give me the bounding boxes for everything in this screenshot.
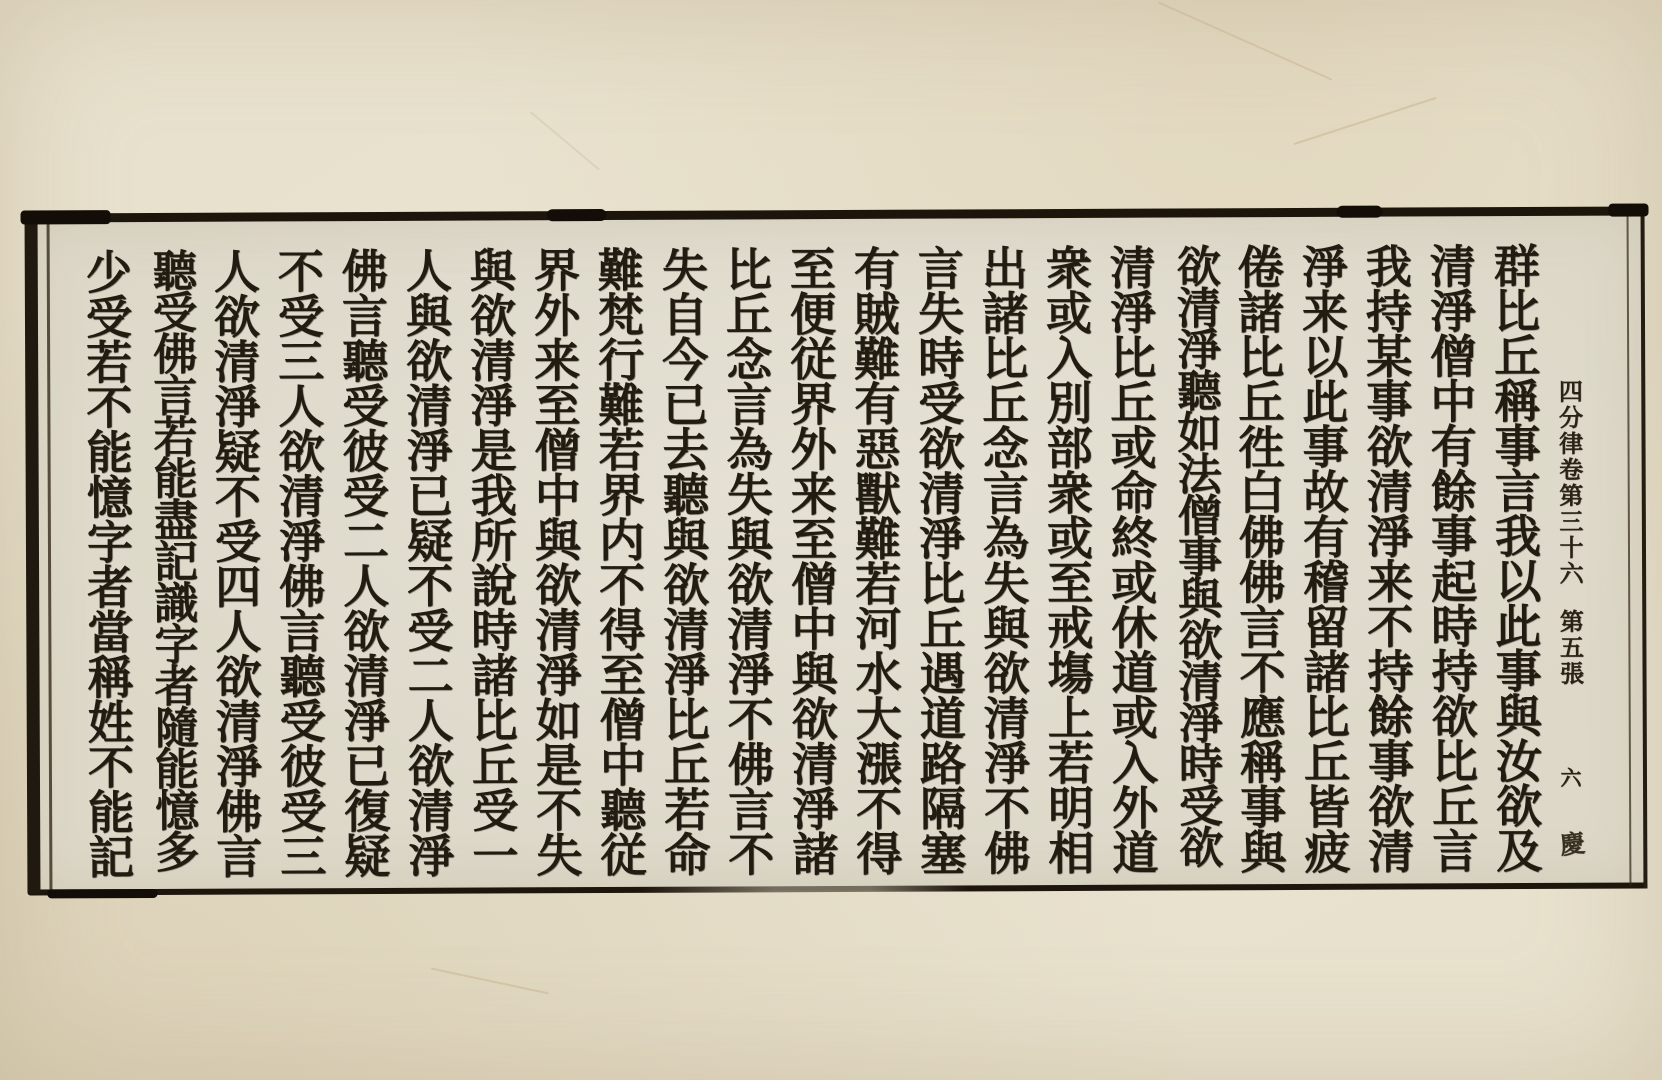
volume-title: 四分律卷第三十六 — [1551, 379, 1586, 587]
volume-margin-column: 四分律卷第三十六 第五張 六 慶 — [1551, 211, 1588, 887]
block-border-left-outer — [25, 217, 41, 893]
text-column-17: 與欲清淨是我所說時諸比丘受一 — [458, 246, 525, 891]
sheet-number-label: 第五張 — [1552, 609, 1586, 687]
text-column-13: 比丘念言為失與欲清淨不佛言不 — [714, 245, 781, 890]
text-column-23: 少受若不能憶字者當稱姓不能記 — [74, 248, 141, 893]
block-border-right-inner — [1627, 211, 1632, 887]
collation-mark: 慶 — [1552, 829, 1589, 858]
printed-text-block: 群比丘稱事言我以此事與汝欲及清淨僧中有餘事起時持欲比丘言我持某事欲清淨来不持餘事… — [27, 210, 1646, 893]
text-column-1: 群比丘稱事言我以此事與汝欲及 — [1482, 242, 1549, 887]
ink-blotch — [21, 210, 111, 224]
paper-fiber — [1158, 1, 1332, 80]
fascicle-number: 六 — [1553, 767, 1587, 788]
text-columns: 群比丘稱事言我以此事與汝欲及清淨僧中有餘事起時持欲比丘言我持某事欲清淨来不持餘事… — [74, 242, 1549, 893]
text-column-6: 欲清淨聽如法僧事與欲清淨時受欲 — [1162, 243, 1229, 888]
ink-blotch — [1608, 203, 1648, 216]
text-column-5: 倦諸比丘徃白佛佛言不應稱事與 — [1226, 243, 1293, 888]
text-column-11: 有賊難有惡獸難若河水大漲不得 — [842, 245, 909, 890]
text-column-9: 出諸比丘念言為失與欲清淨不佛 — [970, 244, 1037, 889]
paper-fiber — [1293, 97, 1436, 145]
paper-fiber — [530, 111, 600, 170]
block-border-top — [23, 206, 1647, 222]
text-column-22: 聽受佛言若能盡記識字者隨能憶多 — [138, 248, 205, 893]
ink-blotch — [547, 209, 607, 221]
text-column-3: 我持某事欲清淨来不持餘事欲清 — [1354, 242, 1421, 887]
text-column-21: 人欲清淨疑不受四人欲清淨佛言 — [202, 247, 269, 892]
block-border-left-inner — [47, 219, 53, 891]
text-column-18: 人與欲清淨已疑不受二人欲清淨 — [394, 247, 461, 892]
text-column-20: 不受三人欲清淨佛言聽受彼受三 — [266, 247, 333, 892]
ink-blotch — [1336, 206, 1382, 218]
text-column-19: 佛言聽受彼受二人欲清淨已復疑 — [330, 247, 397, 892]
text-column-15: 難梵行難若界内不得至僧中聽従 — [586, 246, 653, 891]
text-column-10: 言失時受欲清淨比丘遇道路隔塞 — [906, 244, 973, 889]
paper-background: 群比丘稱事言我以此事與汝欲及清淨僧中有餘事起時持欲比丘言我持某事欲清淨来不持餘事… — [0, 0, 1662, 1080]
text-column-12: 至便従界外来至僧中與欲清淨諸 — [778, 245, 845, 890]
block-border-right-outer — [1641, 208, 1648, 888]
text-column-7: 清淨比丘或命終或休道或入外道 — [1098, 244, 1165, 889]
text-column-4: 淨来以此事故有稽留諸比丘皆疲 — [1290, 243, 1357, 888]
text-column-14: 失自今已去聽與欲清淨比丘若命 — [650, 246, 717, 891]
text-column-16: 界外来至僧中與欲清淨如是不失 — [522, 246, 589, 891]
text-column-2: 清淨僧中有餘事起時持欲比丘言 — [1418, 242, 1485, 887]
text-column-8: 衆或入別部衆或至戒塲上若明相 — [1034, 244, 1101, 889]
paper-fiber — [431, 968, 549, 995]
